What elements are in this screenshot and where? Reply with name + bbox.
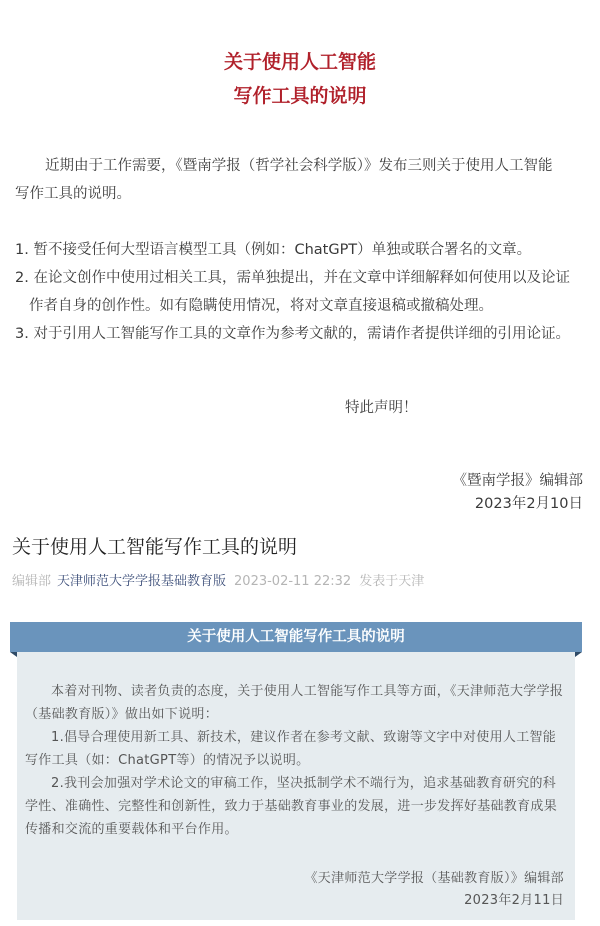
notice-intro: 近期由于工作需要，《暨南学报（哲学社会科学版）》发布三则关于使用人工智能 写作工… bbox=[15, 152, 585, 208]
article-meta: 编辑部天津师范大学学报基础教育版2023-02-11 22:32发表于天津 bbox=[12, 570, 424, 589]
date: 2023年2月11日 bbox=[304, 890, 564, 912]
meta-location: 发表于天津 bbox=[359, 574, 424, 589]
notice-title-line2: 写作工具的说明 bbox=[0, 81, 600, 111]
paragraph: 1.倡导合理使用新工具、新技术，建议作者在参考文献、致谢等文字中对使用人工智能写… bbox=[25, 726, 568, 772]
signature: 《天津师范大学学报（基础教育版）》编辑部 bbox=[304, 868, 564, 890]
banner-fold-right bbox=[575, 652, 582, 657]
date: 2023年2月10日 bbox=[453, 493, 584, 516]
list-item: 3. 对于引用人工智能写作工具的文章作为参考文献的，需请作者提供详细的引用论证。 bbox=[15, 320, 590, 348]
list-item: 1. 暂不接受任何大型语言模型工具（例如：ChatGPT）单独或联合署名的文章。 bbox=[15, 236, 590, 264]
list-item-continuation: 作者自身的创作性。如有隐瞒使用情况，将对文章直接退稿或撤稿处理。 bbox=[15, 292, 590, 320]
meta-author: 编辑部 bbox=[12, 574, 51, 589]
banner-fold-left bbox=[10, 652, 17, 657]
list-item: 2. 在论文创作中使用过相关工具，需单独提出，并在文章中详细解释如何使用以及论证 bbox=[15, 264, 590, 292]
notice-title-line1: 关于使用人工智能 bbox=[0, 47, 600, 77]
signature: 《暨南学报》编辑部 bbox=[453, 470, 584, 493]
meta-time: 2023-02-11 22:32 bbox=[234, 574, 351, 589]
notice-signature-block: 《暨南学报》编辑部 2023年2月10日 bbox=[453, 470, 584, 516]
intro-line2: 写作工具的说明。 bbox=[15, 186, 131, 202]
intro-line1: 近期由于工作需要，《暨南学报（哲学社会科学版）》发布三则关于使用人工智能 bbox=[45, 158, 553, 174]
paragraph: 2.我刊会加强对学术论文的审稿工作，坚决抵制学术不端行为，追求基础教育研究的科学… bbox=[25, 772, 568, 841]
content-body: 本着对刊物、读者负责的态度，关于使用人工智能写作工具等方面，《天津师范大学学报（… bbox=[25, 680, 568, 841]
article-title: 关于使用人工智能写作工具的说明 bbox=[12, 532, 297, 559]
declaration: 特此声明！ bbox=[345, 396, 418, 417]
content-banner: 关于使用人工智能写作工具的说明 bbox=[10, 622, 582, 652]
content-signature-block: 《天津师范大学学报（基础教育版）》编辑部 2023年2月11日 bbox=[304, 868, 564, 912]
meta-source-link[interactable]: 天津师范大学学报基础教育版 bbox=[57, 574, 226, 589]
paragraph: 本着对刊物、读者负责的态度，关于使用人工智能写作工具等方面，《天津师范大学学报（… bbox=[25, 680, 568, 726]
notice-list: 1. 暂不接受任何大型语言模型工具（例如：ChatGPT）单独或联合署名的文章。… bbox=[15, 236, 590, 348]
